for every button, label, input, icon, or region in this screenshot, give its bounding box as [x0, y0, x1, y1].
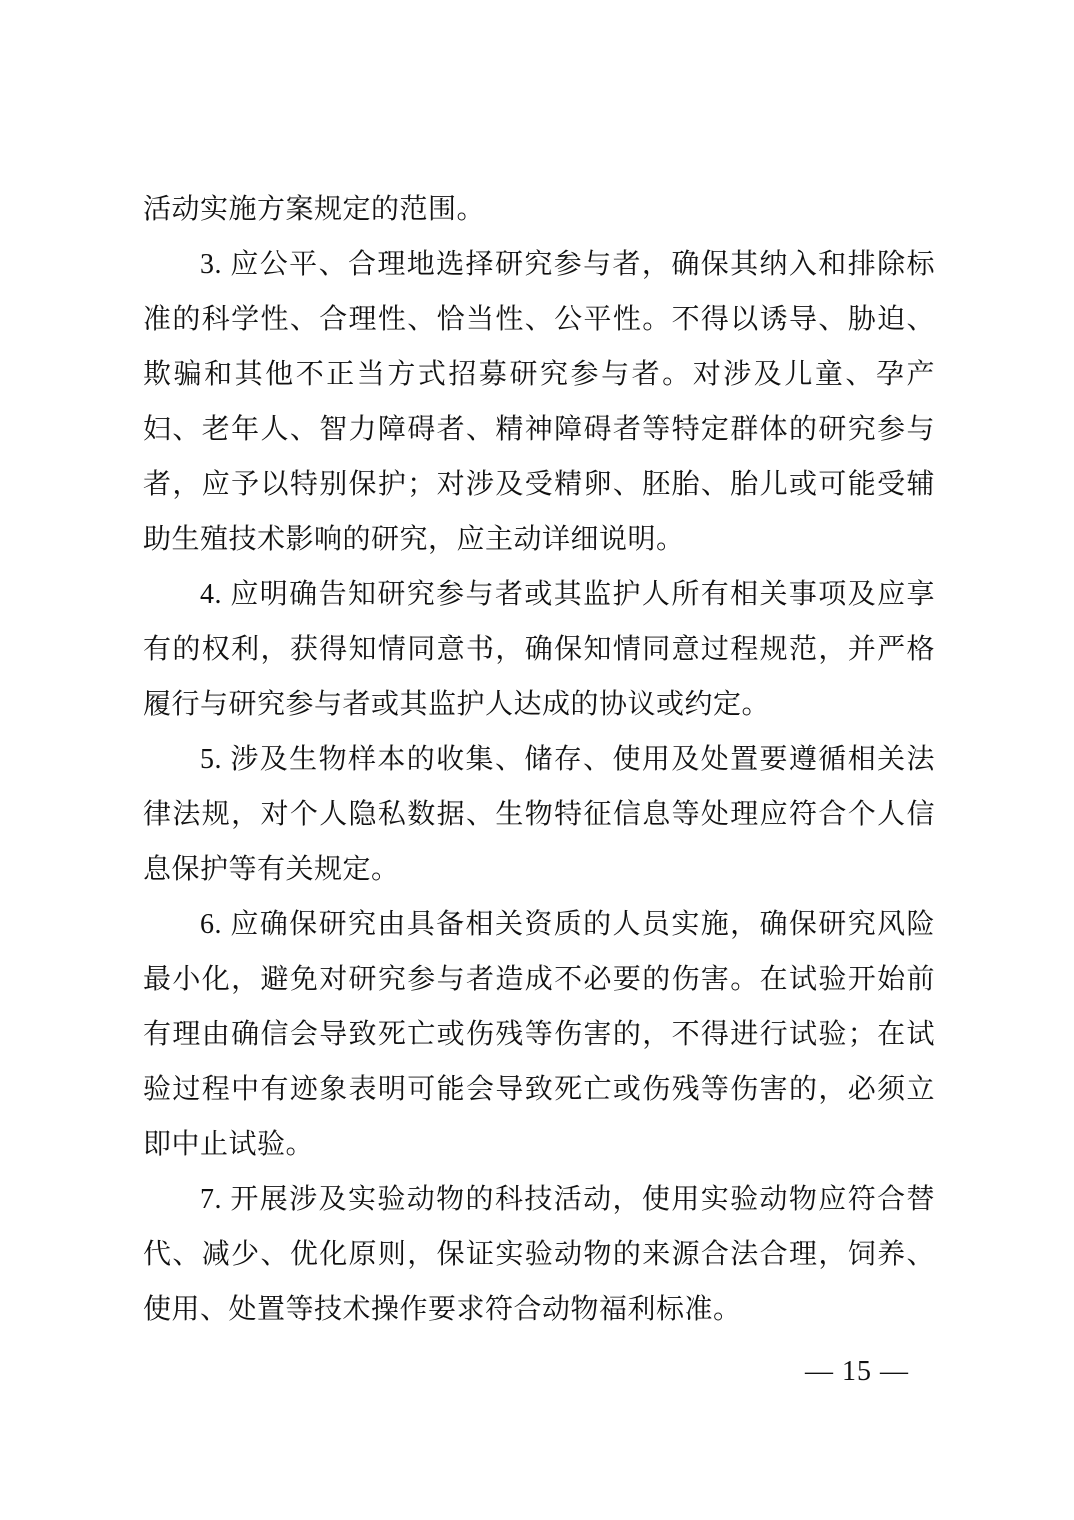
paragraph-continuation: 活动实施方案规定的范围。 [143, 182, 935, 237]
paragraph-item-5: 5. 涉及生物样本的收集、储存、使用及处置要遵循相关法律法规，对个人隐私数据、生… [143, 732, 935, 897]
document-body: 活动实施方案规定的范围。 3. 应公平、合理地选择研究参与者，确保其纳入和排除标… [143, 182, 935, 1337]
document-page: 活动实施方案规定的范围。 3. 应公平、合理地选择研究参与者，确保其纳入和排除标… [0, 0, 1074, 1520]
paragraph-item-4: 4. 应明确告知研究参与者或其监护人所有相关事项及应享有的权利，获得知情同意书，… [143, 567, 935, 732]
paragraph-item-6: 6. 应确保研究由具备相关资质的人员实施，确保研究风险最小化，避免对研究参与者造… [143, 897, 935, 1172]
paragraph-item-7: 7. 开展涉及实验动物的科技活动，使用实验动物应符合替代、减少、优化原则，保证实… [143, 1172, 935, 1337]
paragraph-item-3: 3. 应公平、合理地选择研究参与者，确保其纳入和排除标准的科学性、合理性、恰当性… [143, 237, 935, 567]
page-number: — 15 — [805, 1352, 909, 1392]
